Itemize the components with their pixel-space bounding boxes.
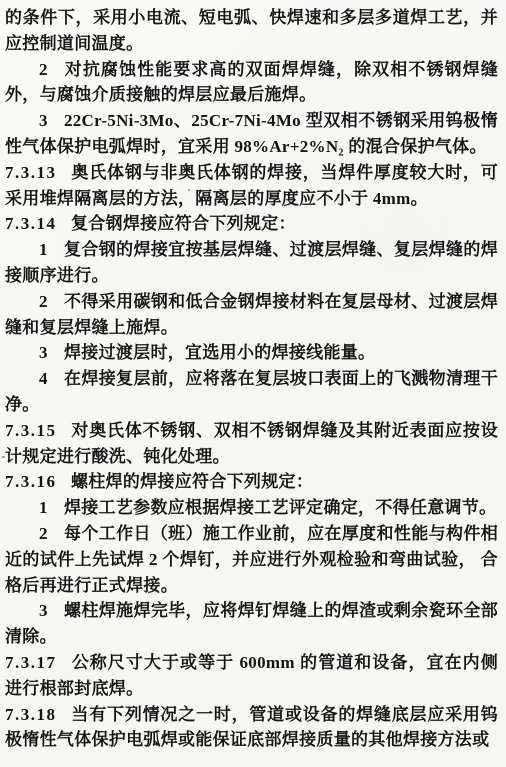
item-number: 2	[39, 292, 48, 311]
paragraph-clause-7-3-14: 7.3.14复合钢焊接应符合下列规定：	[5, 211, 498, 237]
document-text-block: 的条件下，采用小电流、短电弧、快焊速和多层多道焊工艺，并应控制道间温度。 2对抗…	[5, 5, 498, 753]
paragraph-item: 322Cr-5Ni-3Mo、25Cr-7Ni-4Mo 型双相不锈钢采用钨极惰性气…	[5, 108, 498, 160]
paragraph-text: 焊接工艺参数应根据焊接工艺评定确定，不得任意调节。	[64, 498, 497, 517]
item-number: 4	[39, 369, 48, 388]
paragraph-text: 每个工作日（班）施工作业前，应在厚度和性能与构件相近的试件上先试焊 2 个焊钉，…	[5, 524, 498, 595]
clause-number: 7.3.16	[5, 472, 57, 491]
clause-number: 7.3.15	[5, 421, 57, 440]
paragraph-text: 对抗腐蚀性能要求高的双面焊焊缝，除双相不锈钢焊缝外，与腐蚀介质接触的焊层应最后施…	[5, 60, 498, 105]
paragraph-item: 2不得采用碳钢和低合金钢焊接材料在复层母材、过渡层焊缝和复层焊缝上施焊。	[5, 289, 498, 341]
paragraph-text: 当有下列情况之一时，管道或设备的焊缝底层应采用钨极惰性气体保护电弧焊或能保证底部…	[5, 705, 498, 750]
paragraph-continuation: 的条件下，采用小电流、短电弧、快焊速和多层多道焊工艺，并应控制道间温度。	[5, 5, 498, 57]
paragraph-text: 公称尺寸大于或等于 600mm 的管道和设备，宜在内侧进行根部封底焊。	[5, 653, 498, 698]
scan-speck	[427, 118, 429, 120]
item-number: 1	[39, 240, 48, 259]
clause-number: 7.3.18	[5, 705, 57, 724]
paragraph-item: 4在焊接复层前，应将落在复层坡口表面上的飞溅物清理干净。	[5, 366, 498, 418]
paragraph-clause-7-3-16: 7.3.16螺柱焊的焊接应符合下列规定：	[5, 469, 498, 495]
paragraph-item: 2每个工作日（班）施工作业前，应在厚度和性能与构件相近的试件上先试焊 2 个焊钉…	[5, 521, 498, 598]
paragraph-item: 1复合钢的焊接宜按基层焊缝、过渡层焊缝、复层焊缝的焊接顺序进行。	[5, 237, 498, 289]
paragraph-text: 奥氏体钢与非奥氏体钢的焊接，当焊件厚度较大时，可采用堆焊隔离层的方法，隔离层的厚…	[5, 163, 498, 208]
paragraph-item: 2对抗腐蚀性能要求高的双面焊焊缝，除双相不锈钢焊缝外，与腐蚀介质接触的焊层应最后…	[5, 57, 498, 109]
paragraph-clause-7-3-18: 7.3.18当有下列情况之一时，管道或设备的焊缝底层应采用钨极惰性气体保护电弧焊…	[5, 702, 498, 754]
clause-number: 7.3.13	[5, 163, 57, 182]
paragraph-text: 复合钢的焊接宜按基层焊缝、过渡层焊缝、复层焊缝的焊接顺序进行。	[5, 240, 498, 285]
clause-number: 7.3.14	[5, 214, 57, 233]
paragraph-text: 复合钢焊接应符合下列规定：	[71, 214, 296, 233]
paragraph-item: 3焊接过渡层时，宜选用小的焊接线能量。	[5, 340, 498, 366]
paragraph-text: 不得采用碳钢和低合金钢焊接材料在复层母材、过渡层焊缝和复层焊缝上施焊。	[5, 292, 498, 337]
paragraph-text: 焊接过渡层时，宜选用小的焊接线能量。	[64, 343, 375, 362]
item-number: 2	[39, 60, 48, 79]
paragraph-text: 螺柱焊施焊完毕，应将焊钉焊缝上的焊渣或剩余瓷环全部清除。	[5, 601, 498, 646]
paragraph-item: 3螺柱焊施焊完毕，应将焊钉焊缝上的焊渣或剩余瓷环全部清除。	[5, 598, 498, 650]
paragraph-text: 螺柱焊的焊接应符合下列规定：	[71, 472, 313, 491]
paragraph-text: 22Cr-5Ni-3Mo、25Cr-7Ni-4Mo 型双相不锈钢采用钨极惰性气体…	[5, 111, 498, 156]
item-number: 3	[39, 343, 48, 362]
paragraph-clause-7-3-15: 7.3.15对奥氏体不锈钢、双相不锈钢焊缝及其附近表面应按设计规定进行酸洗、钝化…	[5, 418, 498, 470]
document-page: 的条件下，采用小电流、短电弧、快焊速和多层多道焊工艺，并应控制道间温度。 2对抗…	[0, 0, 506, 767]
item-number: 3	[39, 601, 48, 620]
paragraph-text: 对奥氏体不锈钢、双相不锈钢焊缝及其附近表面应按设计规定进行酸洗、钝化处理。	[5, 421, 498, 466]
paragraph-text: 在焊接复层前，应将落在复层坡口表面上的飞溅物清理干净。	[5, 369, 498, 414]
paragraph-item: 1焊接工艺参数应根据焊接工艺评定确定，不得任意调节。	[5, 495, 498, 521]
paragraph-clause-7-3-13: 7.3.13奥氏体钢与非奥氏体钢的焊接，当焊件厚度较大时，可采用堆焊隔离层的方法…	[5, 160, 498, 212]
paragraph-clause-7-3-17: 7.3.17公称尺寸大于或等于 600mm 的管道和设备，宜在内侧进行根部封底焊…	[5, 650, 498, 702]
scan-speck	[138, 244, 140, 246]
scan-speck	[188, 189, 190, 191]
paragraph-text: 的条件下，采用小电流、短电弧、快焊速和多层多道焊工艺，并应控制道间温度。	[5, 8, 498, 53]
item-number: 2	[39, 524, 48, 543]
item-number: 1	[39, 498, 48, 517]
clause-number: 7.3.17	[5, 653, 57, 672]
item-number: 3	[39, 111, 48, 130]
scan-speck	[2, 456, 5, 458]
scan-speck	[404, 294, 407, 296]
